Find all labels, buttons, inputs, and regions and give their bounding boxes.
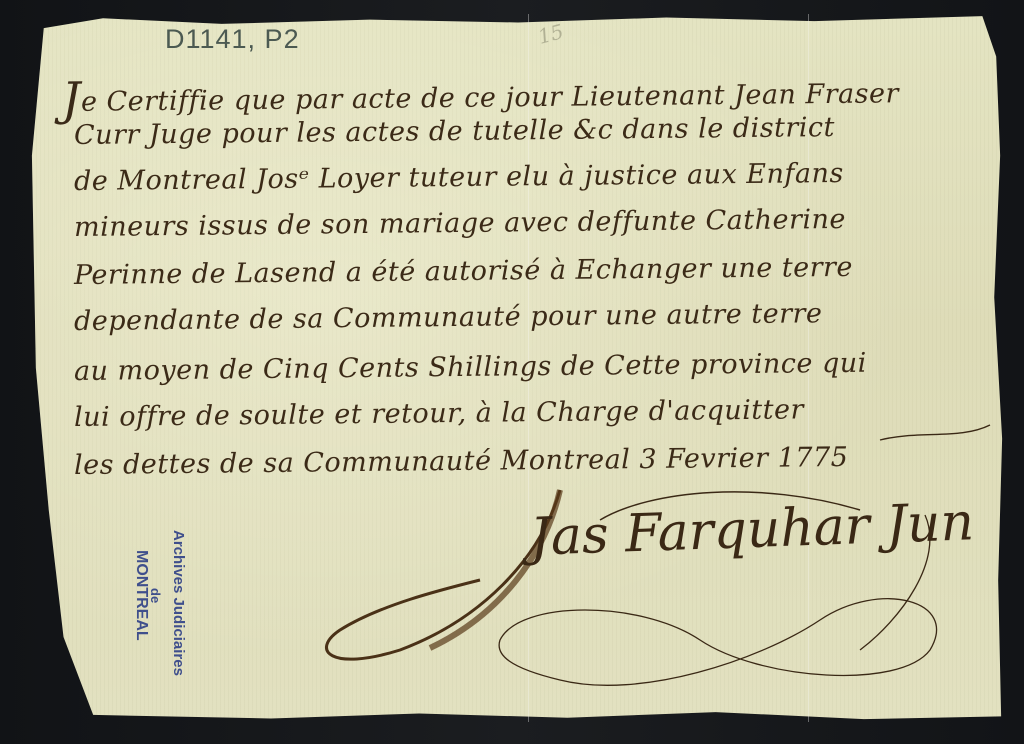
stamp-line-de: de bbox=[148, 588, 163, 603]
archive-stamp: Archives Judiciaires de MONTREAL bbox=[115, 530, 205, 680]
stamp-line-montreal: MONTREAL bbox=[132, 550, 150, 641]
stamp-line-archives: Archives Judiciaires bbox=[170, 530, 187, 676]
